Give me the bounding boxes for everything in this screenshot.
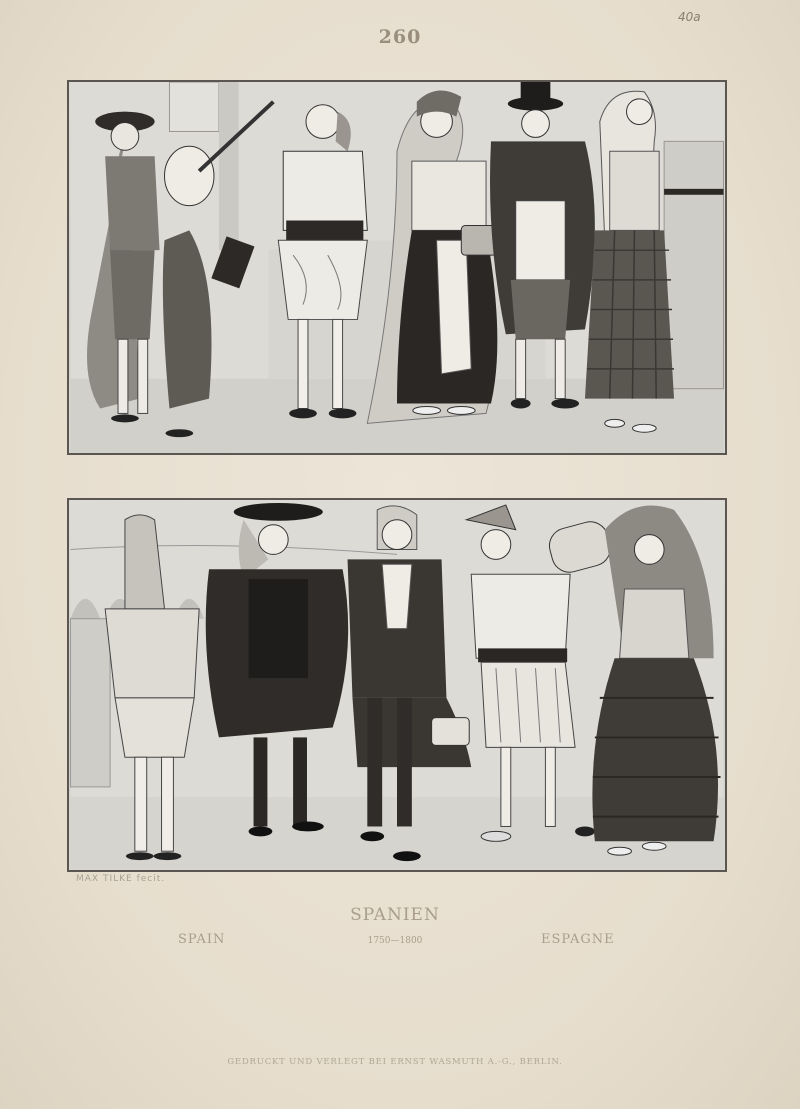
page: 260 40a	[0, 0, 800, 1109]
page-number: 260	[0, 26, 800, 48]
plate-title: SPANIEN	[0, 905, 790, 925]
publisher-imprint: GEDRUCKT UND VERLEGT BEI ERNST WASMUTH A…	[0, 1057, 790, 1067]
plate-date-range: 1750—1800	[0, 936, 790, 946]
illustration-plate-bottom	[67, 498, 727, 872]
costume-illustration-bottom	[69, 500, 725, 870]
handwritten-note: 40a	[678, 10, 701, 24]
plate-title-french: ESPAGNE	[541, 932, 615, 947]
illustration-plate-top	[67, 80, 727, 455]
artist-signature: MAX TILKE fecit.	[76, 874, 165, 884]
costume-illustration-top	[69, 82, 725, 453]
